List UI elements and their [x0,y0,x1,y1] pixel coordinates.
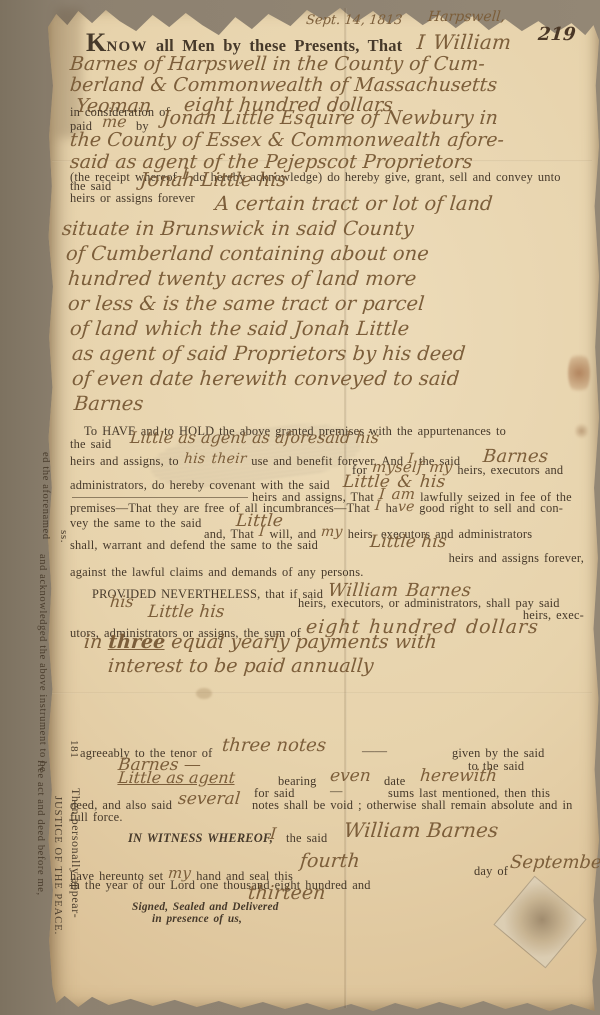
description-line: or less & is the same tract or parcel [67,294,425,314]
hand-grantee: Jonah Little his [139,171,287,190]
witness-printed: IN WITNESS WHEREOF, [128,831,273,846]
page-number: 219 [537,26,576,44]
hand-text: his their [183,451,247,467]
description-line: hundred twenty acres of land more [67,269,417,289]
hand-text: several [177,791,241,808]
hand-text-emphasized: three [107,631,166,653]
hand-text: his [109,594,134,610]
printed-heirs-forever: heirs or assigns forever [70,191,195,206]
signed-sealed-line: Signed, Sealed and Delivered [132,901,279,913]
printed-text: heirs, executors and [457,463,563,477]
hand-text: my [320,524,343,540]
hand-text: in [83,631,103,653]
annotation-date: Sept. 14, 1813 [305,14,402,27]
hand-text: three notes [221,737,327,755]
hand-text: ve [397,499,415,515]
description-line: A certain tract or lot of land [214,194,493,214]
margin-justice-of-peace: JUSTICE OF THE PEACE. [52,796,63,935]
hand-text: Little as agent as aforesaid his [129,430,379,446]
annotation-place: Harpswell, [427,10,505,24]
proviso-line2: heirs, executors, or administrators, sha… [298,596,560,611]
printed-text: vey the same to the said [70,516,202,530]
hand-signature: William Barnes [343,820,499,840]
hand-text: Little his [147,604,225,621]
hand-text: September [509,854,600,872]
dash: —— [362,744,387,759]
description-line: Barnes [73,394,144,414]
hand-grantor-line: Jonah Little Esquire of Newbury in [161,109,499,128]
hand-text: I [374,498,381,514]
printed-text: the said [286,831,327,846]
habendum-line11: heirs and assigns forever, [449,551,584,566]
description-line: as agent of said Proprietors by his deed [71,344,466,364]
margin-free-act: free act and deed before me, [35,760,46,896]
blank-rule [72,497,248,498]
proviso-line6: interest to be paid annually [107,657,374,676]
hand-me: me [101,114,127,130]
hand-text: Little his [369,534,447,551]
description-line: of even date herewith conveyed to said [71,369,460,389]
habendum-line12: against the lawful claims and demands of… [70,565,364,580]
printed-text: heirs and assigns, to [70,454,179,468]
hand-text: equal yearly payments with [170,631,438,653]
printed-text: good right to sell and con- [419,501,563,515]
description-line: situate in Brunswick in said County [61,219,414,239]
habendum-line10: shall, warrant and defend the same to th… [70,538,318,553]
hand-line: berland & Commonwealth of Massachusetts [69,76,498,95]
margin-then-personally: Then personally appear- [68,788,83,918]
margin-acknowledged: and acknowledged the above instrument to… [37,554,48,772]
scanned-deed-page: { "annotations": { "date": "Sept. 14, 18… [0,0,600,1015]
margin-aforenamed: ed the aforenamed [40,452,51,540]
proviso-line5: in three equal yearly payments with [83,633,438,652]
hand-text: Little as agent [117,770,235,786]
description-line: of Cumberland containing about one [65,244,430,264]
hand-text: herewith [419,768,497,785]
margin-year: 181 [68,740,80,758]
printed-text: ha [386,501,398,515]
presence-line: in presence of us, [152,913,242,925]
dash: — [330,784,343,799]
hand-text: even [329,768,371,785]
margin-ss: ss. [58,530,70,543]
description-line: of land which the said Jonah Little [69,319,410,339]
grantor-name-hand: I William [416,30,512,54]
hand-text: fourth [299,852,360,871]
printed-text: day of [474,864,508,879]
hand-line: Barnes of Harpswell in the County of Cum… [69,55,486,74]
hand-line: the County of Essex & Commonwealth afore… [69,131,505,150]
printed-text: notes shall be void ; otherwise shall re… [252,798,573,813]
